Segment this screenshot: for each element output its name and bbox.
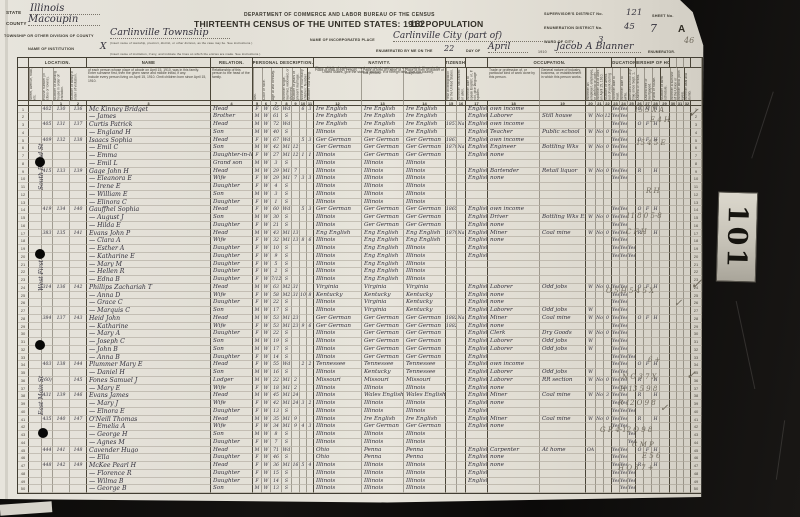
col-lang: English: [466, 137, 488, 145]
col-color: W: [262, 354, 271, 362]
col-mort: [644, 160, 652, 168]
col-lineL: 7: [18, 152, 29, 160]
col-rel: Brother: [211, 113, 253, 121]
col-out: No: [596, 168, 604, 176]
col-lang: [466, 268, 488, 276]
col-cb: [300, 113, 307, 121]
col-dw: 132: [53, 137, 70, 145]
col-blind: [677, 214, 684, 222]
col-bpm: Ire English: [404, 113, 446, 121]
table-row: 15— August JSonMW30SIllinoisGer GermanGe…: [18, 214, 702, 222]
col-blind: [677, 230, 684, 238]
col-fam: 143: [70, 315, 87, 323]
col-sex: M: [253, 160, 262, 168]
table-row: 13— Elinora CDaughterFW1SIllinoisIllinoi…: [18, 199, 702, 207]
col-bpf: Illinois: [362, 400, 404, 408]
col-sched: [660, 160, 670, 168]
col-fam: 149: [70, 462, 87, 470]
col-school: [628, 199, 636, 207]
col-ind: [540, 175, 586, 183]
col-imm: [446, 214, 457, 222]
col-ind: [540, 121, 586, 129]
col-age: 42: [271, 400, 282, 408]
col-cb: 2: [300, 361, 307, 369]
col-lang: English: [466, 206, 488, 214]
col-occ: [488, 408, 540, 416]
col-vet: [670, 462, 677, 470]
col-sched: [660, 485, 670, 493]
col-rel: Head: [211, 121, 253, 129]
col-name: — Mary J: [87, 400, 211, 408]
col-vet: [670, 385, 677, 393]
col-name: — Mary A: [87, 330, 211, 338]
col-ind: [540, 183, 586, 191]
col-sex: F: [253, 439, 262, 447]
col-out: [596, 121, 604, 129]
col-age: 14: [271, 478, 282, 486]
col-cb: [300, 485, 307, 493]
table-row: 44— Agnes MDaughterFW7SIllinoisIllinoisI…: [18, 439, 702, 447]
col-fam: [70, 470, 87, 478]
col-cb: [300, 369, 307, 377]
col-deaf: [684, 478, 691, 486]
col-blind: [677, 323, 684, 331]
enumerated-prefix: ENUMERATED BY ME ON THE: [376, 49, 433, 53]
col-bpm: Ger German: [404, 222, 446, 230]
col-cb: [300, 276, 307, 284]
col-cb: [300, 245, 307, 253]
col-fam: 138: [70, 137, 87, 145]
col-school: [628, 113, 636, 121]
col-lineL: 10: [18, 175, 29, 183]
col-out: [596, 485, 604, 493]
col-dw: [53, 292, 70, 300]
col-lineL: 19: [18, 245, 29, 253]
col-age: 9: [271, 253, 282, 261]
col-write: Yes: [620, 346, 628, 354]
col-out: [596, 222, 604, 230]
col-sched: [660, 439, 670, 447]
col-color: W: [262, 400, 271, 408]
col-emp: [586, 183, 596, 191]
col-emp: [586, 199, 596, 207]
col-nat: [457, 168, 466, 176]
punch-hole: [38, 428, 48, 438]
col-age: 22: [271, 377, 282, 385]
col-bp: Ger German: [314, 137, 362, 145]
col-name: — John B: [87, 346, 211, 354]
col-bpf: Virginia: [362, 307, 404, 315]
col-occ: none: [488, 323, 540, 331]
col-own: [636, 268, 644, 276]
col-fam: 147: [70, 416, 87, 424]
col-mar: M1: [282, 152, 292, 160]
col-emp: [586, 191, 596, 199]
col-occ: [488, 191, 540, 199]
col-occ: none: [488, 299, 540, 307]
col-age: 1: [271, 199, 282, 207]
table-row: 39— Mary JWifeFW42M12432IllinoisIllinois…: [18, 400, 702, 408]
col-occ: none: [488, 175, 540, 183]
col-lang: [466, 439, 488, 447]
col-lineR: 46: [691, 454, 702, 462]
col-street: [29, 416, 42, 424]
col-vet: [670, 129, 677, 137]
col-ind: [540, 354, 586, 362]
col-color: W: [262, 152, 271, 160]
col-bp: Ohio: [314, 454, 362, 462]
col-out: [596, 408, 604, 416]
col-write: [620, 261, 628, 269]
table-row: 24314136142Phillips Zachariah THeadMW63M…: [18, 284, 702, 292]
col-nat: [457, 361, 466, 369]
pencil-annotation: G R 4-12 O 9 8: [600, 426, 652, 434]
col-lineR: 3: [691, 121, 702, 129]
col-lineR: 32: [691, 346, 702, 354]
col-mar: S: [282, 268, 292, 276]
col-read: Whether able to read.: [612, 68, 620, 100]
col-bp: Illinois: [314, 183, 362, 191]
col-cb: [300, 268, 307, 276]
col-school: [628, 268, 636, 276]
col-mort: [644, 237, 652, 245]
col-out: [596, 106, 604, 114]
col-write: [620, 268, 628, 276]
col-own: [636, 253, 644, 261]
col-cl: [307, 454, 314, 462]
col-farm: [652, 408, 660, 416]
col-bp: Illinois: [314, 245, 362, 253]
col-dw: 130: [53, 106, 70, 114]
col-vet: [670, 361, 677, 369]
enumeration-month: April: [488, 42, 528, 53]
col-cl: [307, 230, 314, 238]
col-read: Yes: [612, 346, 620, 354]
col-sex: F: [253, 199, 262, 207]
col-imm: [446, 253, 457, 261]
col-sched: [660, 199, 670, 207]
col-out: [596, 307, 604, 315]
col-mort: [644, 416, 652, 424]
col-sched: [660, 299, 670, 307]
table-row: 28384137143Heid JohnHeadMW53M123Ger Germ…: [18, 315, 702, 323]
col-cl: [307, 315, 314, 323]
col-color: W: [262, 222, 271, 230]
col-street: [29, 230, 42, 238]
col-cl: 4: [307, 462, 314, 470]
col-mar: M1: [282, 416, 292, 424]
col-occ: none: [488, 462, 540, 470]
col-occ: none: [488, 222, 540, 230]
col-sex: F: [253, 261, 262, 269]
col-wks: [604, 268, 612, 276]
col-wks: 0: [604, 416, 612, 424]
col-out: [596, 338, 604, 346]
col-bpm: Illinois: [404, 408, 446, 416]
col-lineR: 37: [691, 385, 702, 393]
col-wks: [604, 222, 612, 230]
col-out: [596, 346, 604, 354]
col-nat: [457, 129, 466, 137]
col-sex: F: [253, 206, 262, 214]
col-bp: Illinois: [314, 392, 362, 400]
col-cb: 5: [300, 206, 307, 214]
col-deaf: [684, 323, 691, 331]
col-bp: Illinois: [314, 237, 362, 245]
col-imm: 1857: [446, 121, 457, 129]
col-out: [596, 152, 604, 160]
col-write: Yes: [620, 245, 628, 253]
col-out: No: [596, 113, 604, 121]
col-name: Evans John P: [87, 230, 211, 238]
col-lineR: 12: [691, 191, 702, 199]
col-fam: [70, 144, 87, 152]
col-bp: Ire English: [314, 106, 362, 114]
col-mar: Wd: [282, 121, 292, 129]
col-fam: [70, 346, 87, 354]
col-out: No: [596, 315, 604, 323]
col-vet: [670, 408, 677, 416]
pencil-annotation: C M P: [632, 441, 654, 449]
col-yrs: 7: [292, 175, 300, 183]
col-deaf: [684, 206, 691, 214]
col-color: W: [262, 230, 271, 238]
col-cb: 1: [300, 152, 307, 160]
col-read: Yes: [612, 369, 620, 377]
col-lang: English: [466, 315, 488, 323]
col-nat: [457, 470, 466, 478]
col-out: [596, 237, 604, 245]
col-read: [612, 276, 620, 284]
col-name: — Mary E: [87, 385, 211, 393]
col-color: W: [262, 168, 271, 176]
col-read: Yes: [612, 447, 620, 455]
col-emp: [586, 423, 596, 431]
col-ind: Coal mine: [540, 315, 586, 323]
col-rel: Wife: [211, 423, 253, 431]
col-age: 13: [271, 408, 282, 416]
col-mar: Wd: [282, 361, 292, 369]
col-own: [636, 129, 644, 137]
table-row: 36(60)145Fones Samuel JLodgerMW22M12Miss…: [18, 377, 702, 385]
col-cl: 3: [307, 137, 314, 145]
col-bpm: Tennessee: [404, 361, 446, 369]
col-bpf: Eng English: [362, 268, 404, 276]
table-row: 22— Hellen RDaughterFW2SIllinoisEng Engl…: [18, 268, 702, 276]
col-wks: [604, 199, 612, 207]
col-fam: [70, 299, 87, 307]
col-nat: [457, 191, 466, 199]
col-bp: Illinois: [314, 338, 362, 346]
col-cb: [300, 121, 307, 129]
col-out: [596, 462, 604, 470]
col-write: Yes: [620, 416, 628, 424]
col-fam: [70, 175, 87, 183]
col-dw: [53, 152, 70, 160]
col-ind: [540, 292, 586, 300]
col-occ: Laborer: [488, 377, 540, 385]
col-write: Yes: [620, 454, 628, 462]
col-vet: [670, 470, 677, 478]
col-lineL: 24: [18, 284, 29, 292]
col-vet: [670, 58, 677, 68]
col-deaf: [684, 385, 691, 393]
col-bp: Illinois: [314, 160, 362, 168]
col-occ: none: [488, 237, 540, 245]
col-read: Yes: [612, 237, 620, 245]
col-color: W: [262, 416, 271, 424]
col-cl: 6: [307, 237, 314, 245]
col-ind: [540, 245, 586, 253]
col-mar: S: [282, 431, 292, 439]
col-cb: [300, 307, 307, 315]
col-write: Yes: [620, 361, 628, 369]
col-sched: [660, 253, 670, 261]
col-name: Isaacs Sophia: [87, 137, 211, 145]
col-sex: F: [253, 330, 262, 338]
col-rel: Head: [211, 416, 253, 424]
col-name: — Emma: [87, 152, 211, 160]
col-bpf: Eng English: [362, 245, 404, 253]
col-sex: Sex.: [253, 68, 262, 100]
col-bpf: Penna: [362, 447, 404, 455]
col-bpm: Kentucky: [404, 307, 446, 315]
col-sex: F: [253, 276, 262, 284]
col-vet: [670, 214, 677, 222]
col-out: Whether out of work on April 15, 1910.: [596, 68, 604, 100]
col-bp: Ger German: [314, 315, 362, 323]
col-rel: Head: [211, 137, 253, 145]
col-dw: [53, 276, 70, 284]
col-nat: [457, 307, 466, 315]
col-nat: [457, 346, 466, 354]
col-sched: [660, 152, 670, 160]
col-wks: [604, 369, 612, 377]
col-read: Yes: [612, 106, 620, 114]
col-dw: 140: [53, 416, 70, 424]
col-emp: [586, 121, 596, 129]
col-out: [596, 245, 604, 253]
col-deaf: [684, 416, 691, 424]
col-ind: [540, 423, 586, 431]
col-yrs: [292, 121, 300, 129]
col-cb: [300, 377, 307, 385]
col-lang: [466, 183, 488, 191]
col-dw: [53, 129, 70, 137]
col-age: 27: [271, 152, 282, 160]
col-lang: English: [466, 354, 488, 362]
col-color: W: [262, 276, 271, 284]
col-occ: Engineer: [488, 144, 540, 152]
table-row: 9415133139Gage John HHeadMW29M17Illinois…: [18, 168, 702, 176]
col-bp: Missouri: [314, 377, 362, 385]
col-deaf: [684, 299, 691, 307]
col-color: W: [262, 261, 271, 269]
col-mar: S: [282, 338, 292, 346]
col-bpf: Illinois: [362, 408, 404, 416]
col-name: O'Neill Thomas: [87, 416, 211, 424]
col-yrs: 31: [292, 284, 300, 292]
col-wks: [604, 261, 612, 269]
col-ind: General nature of industry, business, or…: [540, 68, 586, 100]
col-sex: F: [253, 385, 262, 393]
col-bpf: Ger German: [362, 214, 404, 222]
col-emp: W: [586, 129, 596, 137]
col-street: [29, 315, 42, 323]
col-mort: [644, 152, 652, 160]
col-cb: [300, 144, 307, 152]
col-imm: 1879: [446, 230, 457, 238]
col-out: [596, 253, 604, 261]
department-line: DEPARTMENT OF COMMERCE AND LABOR BUREAU …: [244, 12, 435, 18]
col-mar: M1: [282, 377, 292, 385]
col-name: — Daniel H: [87, 369, 211, 377]
col-nat: [457, 416, 466, 424]
col-house: [42, 199, 53, 207]
col-ind: [540, 439, 586, 447]
col-write: Yes: [620, 113, 628, 121]
col-sched: Number of farm schedule.: [660, 68, 670, 100]
col-wks: [604, 323, 612, 331]
col-bpf: Eng English: [362, 230, 404, 238]
col-emp: [586, 299, 596, 307]
col-lineR: 45: [691, 447, 702, 455]
col-bpm: Ger German: [404, 354, 446, 362]
col-fam: [70, 478, 87, 486]
col-lineR: 9: [691, 168, 702, 176]
col-cb: [300, 338, 307, 346]
col-sex: M: [253, 191, 262, 199]
col-cb: [300, 385, 307, 393]
group-occupation: OCCUPATION.: [488, 58, 612, 68]
col-color: W: [262, 447, 271, 455]
col-sex: F: [253, 106, 262, 114]
col-name: — Mary M: [87, 261, 211, 269]
col-name: — Ella: [87, 454, 211, 462]
col-mort: [644, 168, 652, 176]
col-rel: Daughter: [211, 268, 253, 276]
col-lineL: 28: [18, 315, 29, 323]
col-sex: M: [253, 230, 262, 238]
page-number: 162: [410, 19, 425, 29]
col-wks: [604, 183, 612, 191]
col-out: No: [596, 330, 604, 338]
col-house: [42, 237, 53, 245]
col-blind: [677, 377, 684, 385]
col-imm: [446, 292, 457, 300]
col-lineL: 22: [18, 268, 29, 276]
col-out: [596, 470, 604, 478]
col-lang: [466, 191, 488, 199]
col-bp: Eng English: [314, 230, 362, 238]
col-sex: F: [253, 478, 262, 486]
col-deaf: [684, 485, 691, 493]
col-rel: Son: [211, 369, 253, 377]
col-wks: [604, 400, 612, 408]
col-bpf: Ire English: [362, 106, 404, 114]
col-nat: [457, 152, 466, 160]
col-own: [636, 237, 644, 245]
col-sex: F: [253, 152, 262, 160]
col-yrs: [292, 338, 300, 346]
col-out: [596, 385, 604, 393]
col-sched: [660, 392, 670, 400]
col-cb: 10: [300, 292, 307, 300]
col-blind: [677, 245, 684, 253]
col-lineL: 20: [18, 253, 29, 261]
col-read: Yes: [612, 113, 620, 121]
col-cl: Number now living.: [307, 68, 314, 100]
